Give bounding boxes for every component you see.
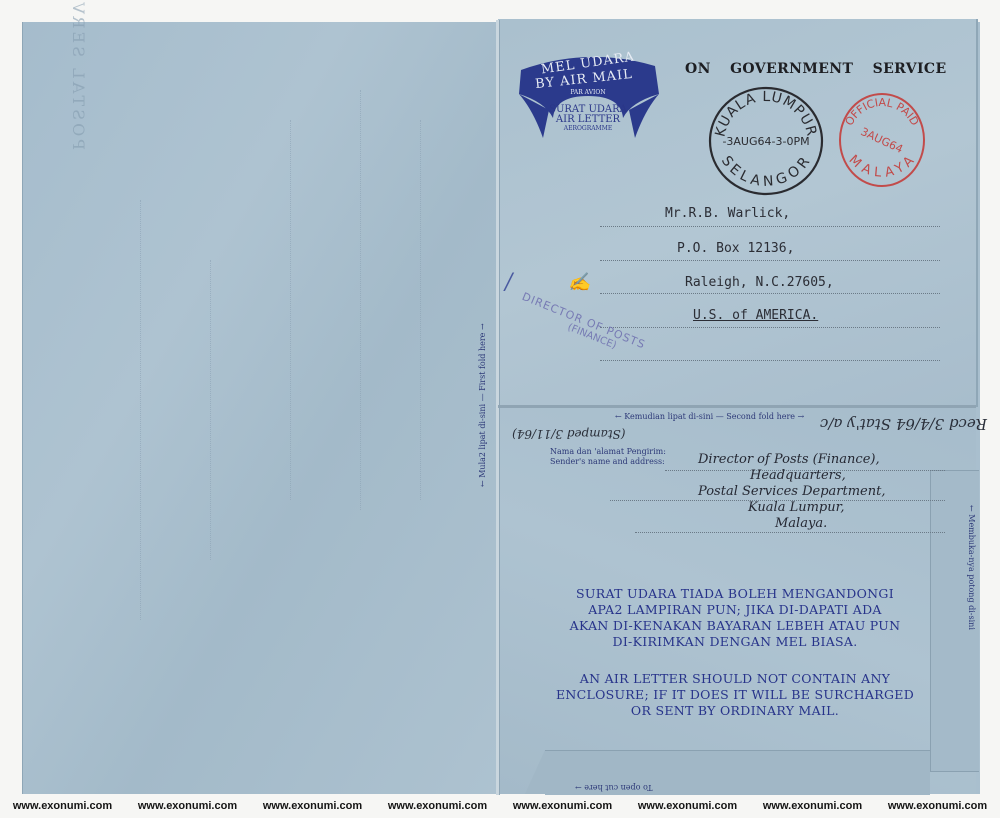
notice-line: APA2 LAMPIRAN PUN; JIKA DI-DAPATI ADA bbox=[540, 602, 930, 618]
bottom-flap-corner bbox=[525, 750, 545, 794]
watermark-text: www.exonumi.com bbox=[388, 800, 487, 818]
inner-panel-left bbox=[22, 22, 498, 794]
sender-label: Nama dan 'alamat Pengirim: Sender's name… bbox=[550, 447, 666, 467]
badge-air-letter: AIR LETTER bbox=[513, 114, 663, 125]
service-heading: ON GOVERNMENT SERVICE bbox=[685, 61, 947, 77]
initials-signature-icon: ✍ bbox=[568, 272, 590, 293]
recipient-box: P.O. Box 12136, bbox=[677, 241, 794, 256]
show-through-rule bbox=[290, 120, 292, 500]
watermark-text: www.exonumi.com bbox=[638, 800, 737, 818]
sender-rule bbox=[635, 532, 945, 533]
official-paid-postmark: OFFICIAL PAID MALAYA 3AUG64 bbox=[838, 92, 926, 188]
watermark-text: www.exonumi.com bbox=[513, 800, 612, 818]
show-through-heading: POSTAL SERVICES DEPARTMENT, MALAYA bbox=[69, 0, 88, 150]
address-rule bbox=[600, 293, 940, 294]
recipient-country: U.S. of AMERICA. bbox=[693, 308, 818, 323]
notice-malay: SURAT UDARA TIADA BOLEH MENGANDONGI APA2… bbox=[540, 586, 930, 650]
notice-line: ENCLOSURE; IF IT DOES IT WILL BE SURCHAR… bbox=[540, 687, 930, 703]
watermark-text: www.exonumi.com bbox=[888, 800, 987, 818]
svg-text:-3AUG64-3-0PM: -3AUG64-3-0PM bbox=[722, 135, 809, 148]
watermark-text: www.exonumi.com bbox=[13, 800, 112, 818]
watermark-text: www.exonumi.com bbox=[263, 800, 362, 818]
notice-line: OR SENT BY ORDINARY MAIL. bbox=[540, 703, 930, 719]
open-bottom-instruction: To open cut here → bbox=[575, 783, 653, 792]
notice-line: SURAT UDARA TIADA BOLEH MENGANDONGI bbox=[540, 586, 930, 602]
recipient-city: Raleigh, N.C.27605, bbox=[685, 275, 834, 290]
second-fold-crease bbox=[498, 405, 976, 408]
show-through-rule bbox=[420, 120, 422, 500]
address-rule bbox=[600, 360, 940, 361]
sender-line-3: Postal Services Department, bbox=[698, 484, 885, 499]
sender-line-2: Headquarters, bbox=[750, 468, 846, 483]
notice-line: DI-KIRIMKAN DENGAN MEL BIASA. bbox=[540, 634, 930, 650]
handwritten-bracket-note: (Stamped 3/11/64) bbox=[512, 427, 625, 441]
first-fold-instruction: ← Mula2 lipat di-sini — First fold here … bbox=[478, 323, 487, 487]
notice-english: AN AIR LETTER SHOULD NOT CONTAIN ANY ENC… bbox=[540, 671, 930, 719]
watermark-text: www.exonumi.com bbox=[138, 800, 237, 818]
sender-label-english: Sender's name and address: bbox=[550, 457, 666, 467]
circular-postmark-icon: KUALA LUMPUR SELANGOR -3AUG64-3-0PM bbox=[706, 85, 826, 197]
sender-line-4: Kuala Lumpur, bbox=[748, 500, 845, 515]
airmail-badge: MEL UDARA BY AIR MAIL PAR AVION SURAT UD… bbox=[513, 50, 663, 142]
open-side-instruction: ← Membuka-nya potong di-sini bbox=[967, 505, 976, 630]
notice-line: AN AIR LETTER SHOULD NOT CONTAIN ANY bbox=[540, 671, 930, 687]
show-through-rule bbox=[140, 200, 142, 620]
address-rule bbox=[600, 327, 940, 328]
sender-label-malay: Nama dan 'alamat Pengirim: bbox=[550, 447, 666, 457]
pencil-mark-icon: / bbox=[505, 270, 512, 295]
show-through-rule bbox=[210, 260, 212, 560]
show-through-rule bbox=[360, 90, 362, 510]
svg-text:OFFICIAL PAID: OFFICIAL PAID bbox=[843, 96, 922, 128]
address-rule bbox=[600, 260, 940, 261]
kuala-lumpur-postmark: KUALA LUMPUR SELANGOR -3AUG64-3-0PM bbox=[706, 85, 826, 197]
sender-line-5: Malaya. bbox=[775, 516, 827, 531]
svg-text:3AUG64: 3AUG64 bbox=[859, 125, 905, 156]
handwritten-received-note: Recd 3/4/64 Stat'y a/c bbox=[820, 415, 987, 433]
badge-aerogramme: AEROGRAMME bbox=[513, 125, 663, 132]
badge-par-avion: PAR AVION bbox=[513, 89, 663, 96]
circular-postmark-icon: OFFICIAL PAID MALAYA 3AUG64 bbox=[838, 92, 926, 188]
notice-line: AKAN DI-KENAKAN BAYARAN LEBEH ATAU PUN bbox=[540, 618, 930, 634]
watermark-footer: www.exonumi.com www.exonumi.com www.exon… bbox=[0, 800, 1000, 818]
second-fold-instruction: ← Kemudian lipat di-sini — Second fold h… bbox=[615, 412, 804, 421]
address-rule bbox=[600, 226, 940, 227]
watermark-text: www.exonumi.com bbox=[763, 800, 862, 818]
svg-text:KUALA LUMPUR: KUALA LUMPUR bbox=[712, 89, 819, 139]
recipient-name: Mr.R.B. Warlick, bbox=[665, 206, 790, 221]
sender-line-1: Director of Posts (Finance), bbox=[698, 452, 880, 467]
